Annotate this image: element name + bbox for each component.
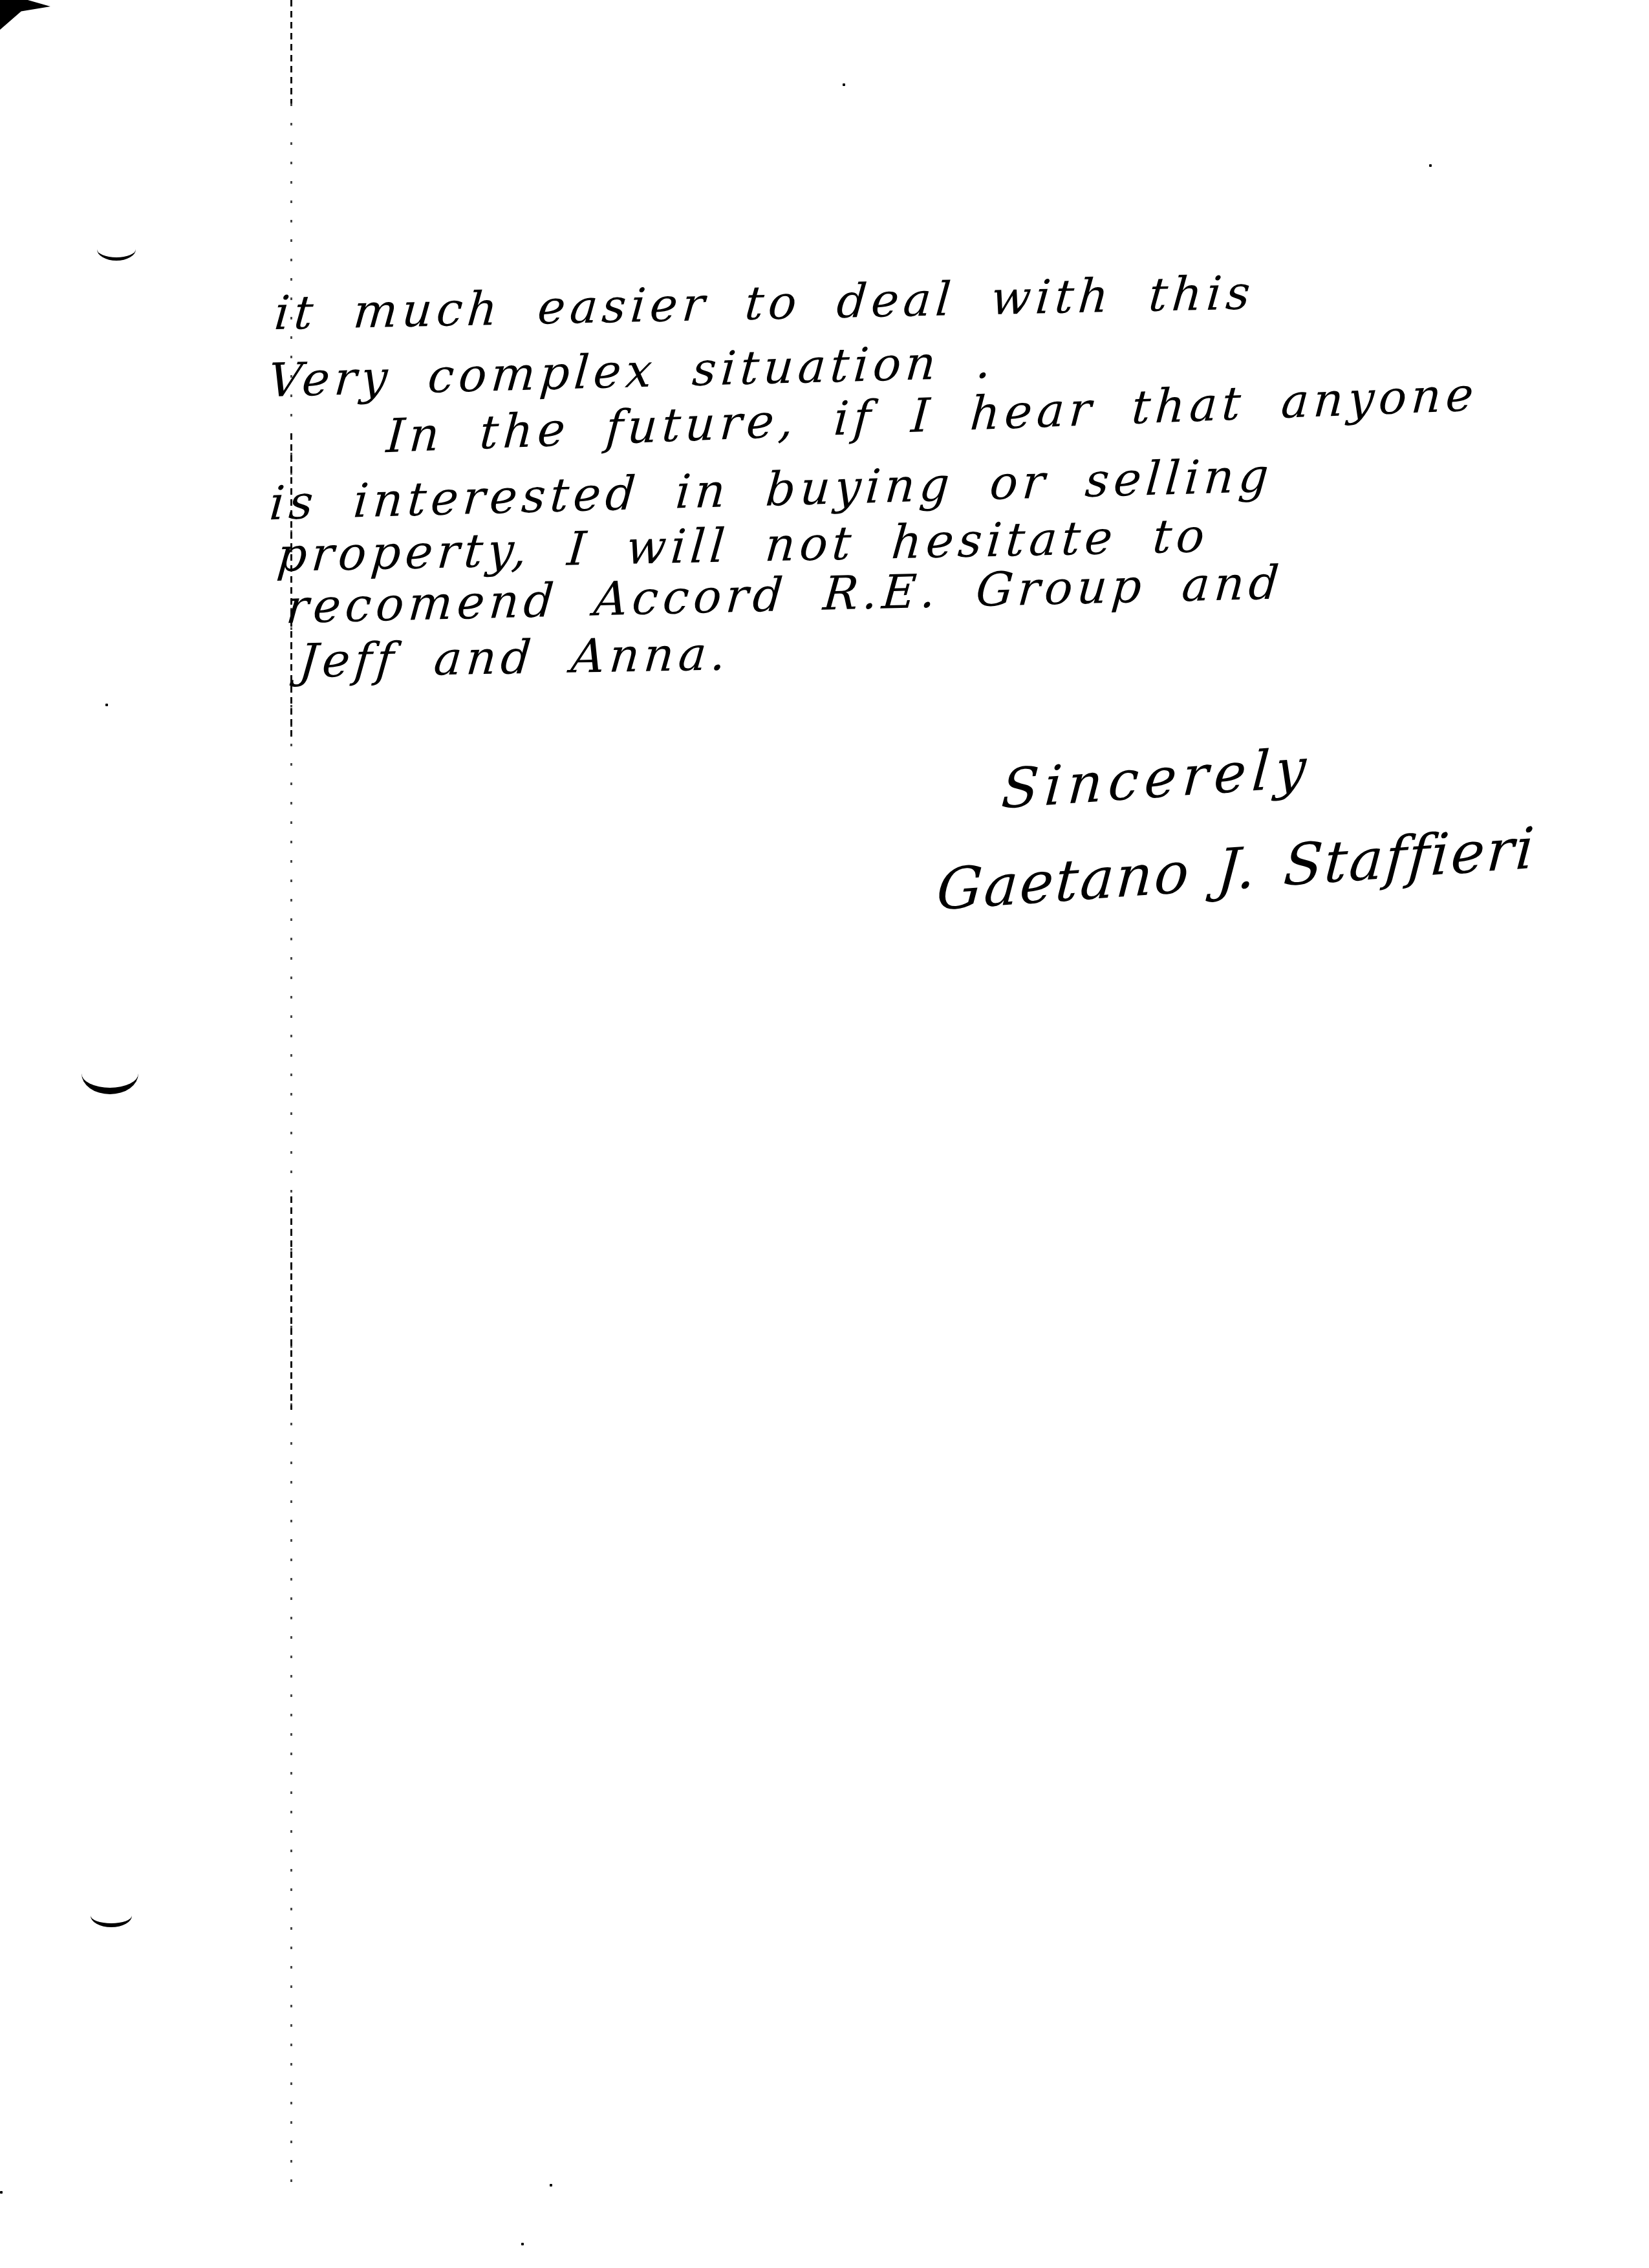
scan-speck [550,2184,552,2187]
scan-speck [0,2191,3,2194]
scan-speck [105,704,108,706]
punch-hole-mark [91,1904,132,1927]
scan-edge-line-top [290,0,292,103]
signature-text: Gaetano J. Staffieri [935,819,1538,918]
punch-hole-mark [81,1053,138,1094]
scan-speck [1429,164,1432,167]
scan-edge-line-lower [290,1196,292,1410]
corner-fold-mark [0,0,50,30]
scan-speck [521,2243,524,2245]
handwriting-line-1: it much easier to deal with this [273,269,1256,336]
scanned-letter-page: it much easier to deal with this Very co… [0,0,1649,2268]
scan-speck [843,83,845,86]
closing-text: Sincerely [1000,740,1313,816]
punch-hole-mark [97,238,136,261]
scan-edge-line [290,103,292,2199]
handwriting-line-7: Jeff and Anna. [297,630,733,684]
